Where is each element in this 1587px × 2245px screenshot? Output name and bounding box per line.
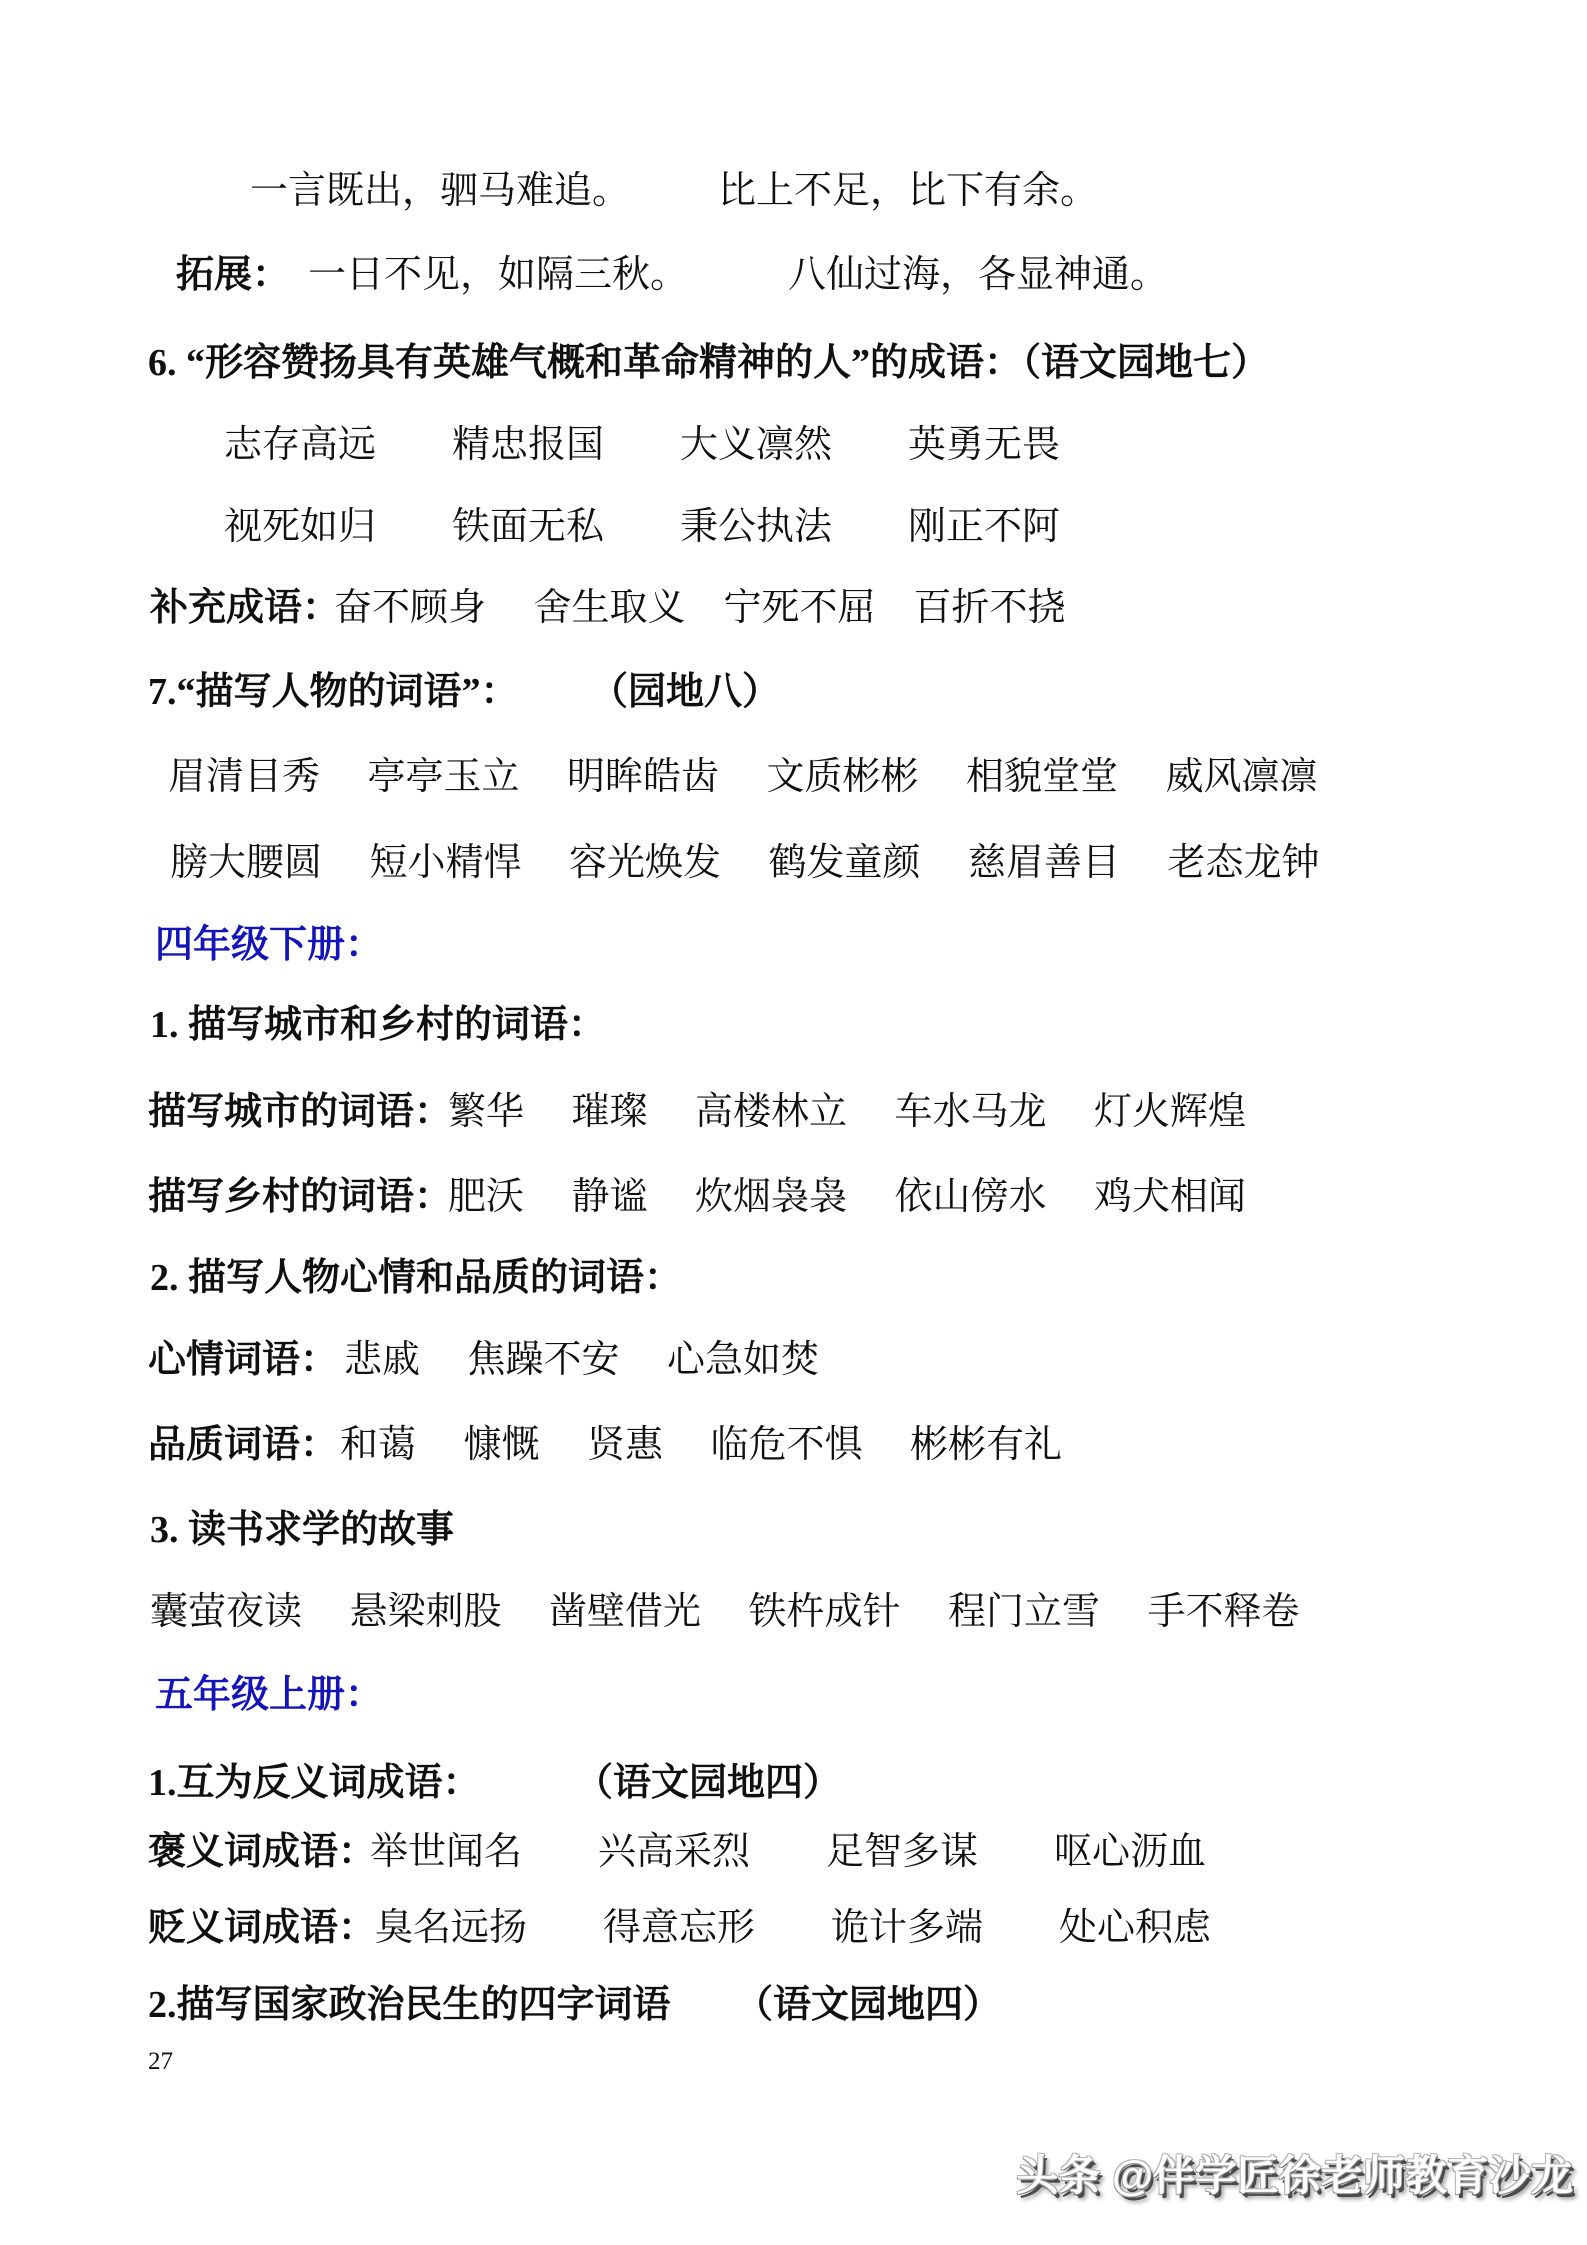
label-text: 品质词语：	[148, 1426, 338, 1466]
label-text: 描写乡村的词语：	[148, 1178, 452, 1218]
label-text: 褒义词成语：	[148, 1833, 376, 1873]
section-heading: 五年级上册：	[155, 1676, 383, 1716]
body-text: 一言既出，驷马难追。	[250, 172, 630, 212]
body-text: 肥沃 静谧 炊烟袅袅 依山傍水 鸡犬相闻	[448, 1178, 1246, 1218]
body-text: 奋不顾身 舍生取义 宁死不屈 百折不挠	[334, 589, 1066, 629]
label-text: 贬义词成语：	[148, 1909, 376, 1949]
body-text: 志存高远 精忠报国 大义凛然 英勇无畏	[224, 426, 1060, 466]
body-text: 比上不足，比下有余。	[718, 172, 1098, 212]
label-text: （语文园地四）	[575, 1764, 841, 1804]
body-text: 八仙过海，各显神通。	[788, 256, 1168, 296]
body-text: 囊萤夜读 悬梁刺股 凿壁借光 铁杵成针 程门立雪 手不释卷	[150, 1593, 1300, 1633]
label-text: 7.“描写人物的词语”：	[148, 673, 519, 713]
body-text: 繁华 璀璨 高楼林立 车水马龙 灯火辉煌	[448, 1093, 1246, 1133]
label-text: 2.描写国家政治民生的四字词语	[148, 1986, 671, 2026]
label-text: 1.互为反义词成语：	[148, 1764, 481, 1804]
body-text: 眉清目秀 亭亭玉立 明眸皓齿 文质彬彬 相貌堂堂 威风凛凛	[168, 758, 1318, 798]
page-number: 27	[148, 2048, 173, 2076]
label-text: 6. “形容赞扬具有英雄气概和革命精神的人”的成语：（语文园地七）	[148, 344, 1269, 384]
label-text: 补充成语：	[150, 589, 340, 629]
label-text: 拓展：	[176, 256, 290, 296]
body-text: 臭名远扬 得意忘形 诡计多端 处心积虑	[375, 1909, 1211, 1949]
body-text: 一日不见，如隔三秋。	[308, 256, 688, 296]
watermark: 头条 @伴学匠徐老师教育沙龙	[1016, 2143, 1573, 2203]
label-text: （园地八）	[590, 673, 780, 713]
label-text: 2. 描写人物心情和品质的词语：	[150, 1259, 682, 1299]
label-text: 3. 读书求学的故事	[150, 1511, 454, 1551]
label-text: 1. 描写城市和乡村的词语：	[150, 1006, 606, 1046]
body-text: 膀大腰圆 短小精悍 容光焕发 鹤发童颜 慈眉善目 老态龙钟	[170, 844, 1320, 884]
section-heading: 四年级下册：	[155, 926, 383, 966]
label-text: 描写城市的词语：	[148, 1093, 452, 1133]
body-text: 和蔼 慷慨 贤惠 临危不惧 彬彬有礼	[340, 1426, 1062, 1466]
document-page: 27 头条 @伴学匠徐老师教育沙龙 一言既出，驷马难追。比上不足，比下有余。拓展…	[0, 0, 1587, 2245]
label-text: 心情词语：	[148, 1341, 338, 1381]
body-text: 悲戚 焦躁不安 心急如焚	[344, 1341, 819, 1381]
body-text: 视死如归 铁面无私 秉公执法 刚正不阿	[224, 508, 1060, 548]
label-text: （语文园地四）	[735, 1986, 1001, 2026]
body-text: 举世闻名 兴高采烈 足智多谋 呕心沥血	[370, 1833, 1206, 1873]
